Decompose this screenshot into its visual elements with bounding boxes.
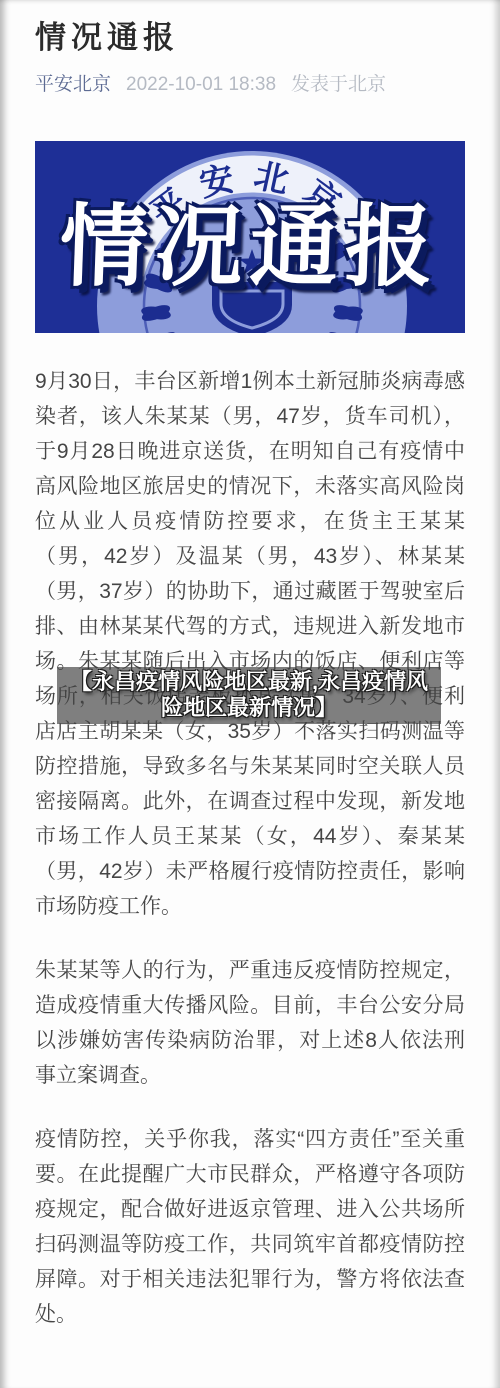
page-title: 情况通报 (35, 0, 465, 56)
publish-location: 发表于北京 (291, 73, 386, 97)
publish-datetime: 2022-10-01 18:38 (126, 73, 276, 97)
banner-title: 情况通报 (35, 200, 465, 294)
banner-image: 平安北京 (35, 141, 465, 333)
paragraph-2: 朱某某等人的行为，严重违反疫情防控规定，造成疫情重大传播风险。目前，丰台公安分局… (35, 953, 465, 1093)
article-meta: 平安北京 2022-10-01 18:38 发表于北京 (35, 73, 465, 97)
article-body: 9月30日，丰台区新增1例本土新冠肺炎病毒感染者，该人朱某某（男，47岁，货车司… (35, 364, 465, 1332)
article-page: 情况通报 平安北京 2022-10-01 18:38 发表于北京 平安北京 (0, 0, 500, 1388)
paragraph-1: 9月30日，丰台区新增1例本土新冠肺炎病毒感染者，该人朱某某（男，47岁，货车司… (35, 364, 465, 924)
paragraph-3: 疫情防控，关乎你我，落实“四方责任”至关重要。在此提醒广大市民群众，严格遵守各项… (35, 1122, 465, 1332)
watermark-overlay: 【永昌疫情风险地区最新,永昌疫情风险地区最新情况】 (57, 667, 441, 724)
account-name-link[interactable]: 平安北京 (35, 73, 111, 97)
